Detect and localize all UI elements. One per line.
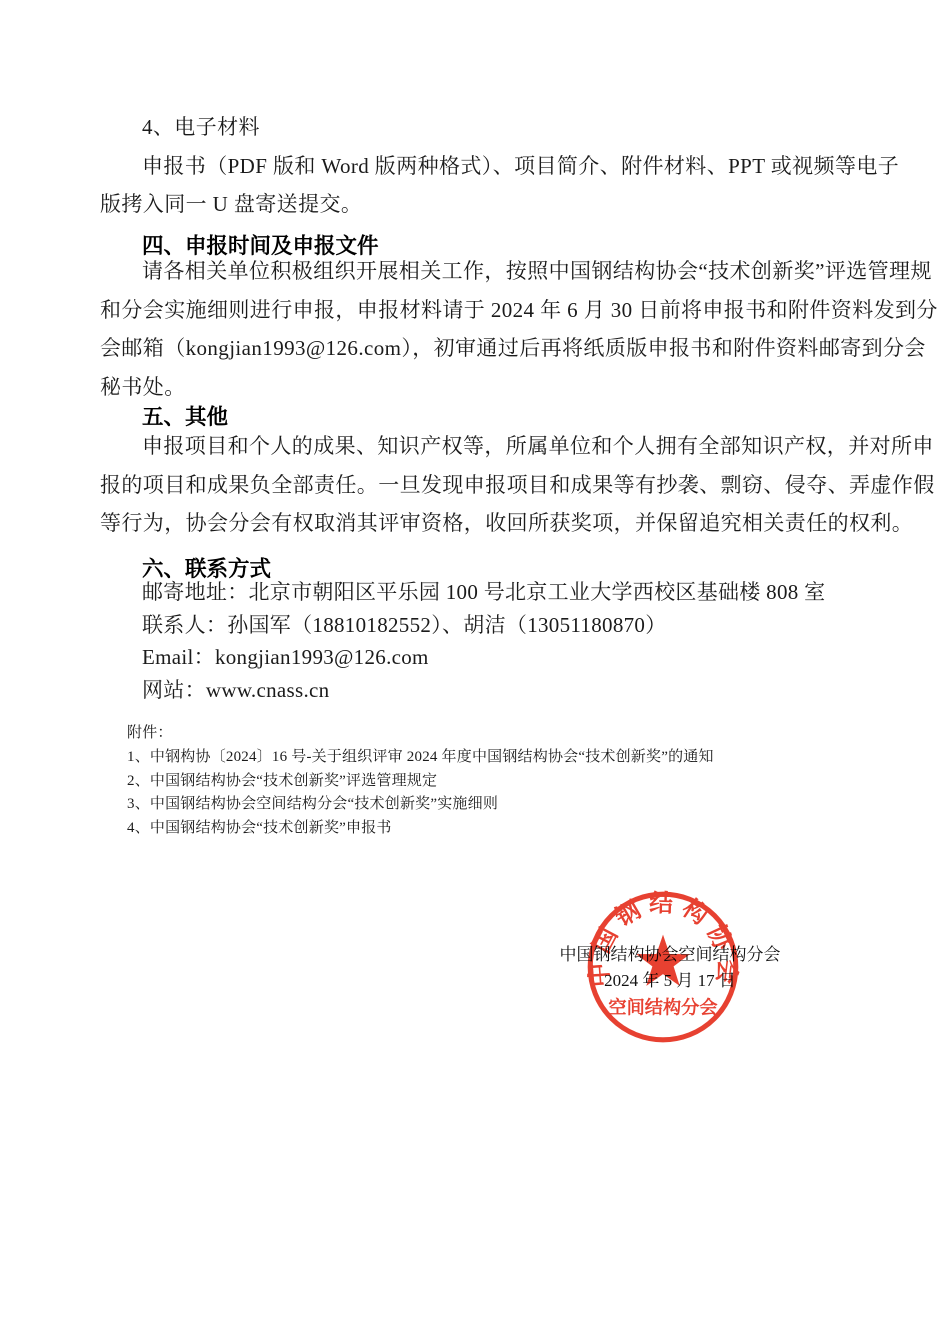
item4-line-1: 申报书（PDF 版和 Word 版两种格式）、项目简介、附件材料、PPT 或视频… <box>100 147 848 186</box>
item4-title: 4、电子材料 <box>100 108 848 147</box>
signature-org: 中国钢结构协会空间结构分会 <box>545 942 795 968</box>
attachments-label: 附件： <box>127 722 714 746</box>
section5-paragraph: 申报项目和个人的成果、知识产权等，所属单位和个人拥有全部知识产权，并对所申 报的… <box>100 427 848 543</box>
section4-line-1: 请各相关单位积极组织开展相关工作，按照中国钢结构协会“技术创新奖”评选管理规 <box>100 252 848 291</box>
signature-date: 2024 年 5 月 17 日 <box>545 968 795 994</box>
attachment-item-3: 3、中国钢结构协会空间结构分会“技术创新奖”实施细则 <box>127 793 714 817</box>
item4-block: 4、电子材料 申报书（PDF 版和 Word 版两种格式）、项目简介、附件材料、… <box>100 108 848 224</box>
section4-line-3: 会邮箱（kongjian1993@126.com），初审通过后再将纸质版申报书和… <box>100 329 848 368</box>
mailing-address: 邮寄地址：北京市朝阳区平乐园 100 号北京工业大学西校区基础楼 808 室 <box>142 576 825 609</box>
attachment-item-1: 1、中钢构协〔2024〕16 号-关于组织评审 2024 年度中国钢结构协会“技… <box>127 746 714 770</box>
section4-line-2: 和分会实施细则进行申报，申报材料请于 2024 年 6 月 30 日前将申报书和… <box>100 291 848 330</box>
contact-website: 网站：www.cnass.cn <box>142 674 825 707</box>
contact-email: Email：kongjian1993@126.com <box>142 641 825 674</box>
item4-line-2: 版拷入同一 U 盘寄送提交。 <box>100 185 848 224</box>
attachment-item-4: 4、中国钢结构协会“技术创新奖”申报书 <box>127 817 714 841</box>
section5-line-1: 申报项目和个人的成果、知识产权等，所属单位和个人拥有全部知识产权，并对所申 <box>100 427 848 466</box>
contact-persons: 联系人：孙国军（18810182552）、胡洁（13051180870） <box>142 609 825 642</box>
section5-line-2: 报的项目和成果负全部责任。一旦发现申报项目和成果等有抄袭、剽窃、侵夺、弄虚作假 <box>100 466 848 505</box>
document-page: 4、电子材料 申报书（PDF 版和 Word 版两种格式）、项目简介、附件材料、… <box>0 0 945 1337</box>
seal-bottom-text: 空间结构分会 <box>608 997 717 1018</box>
section4-paragraph: 请各相关单位积极组织开展相关工作，按照中国钢结构协会“技术创新奖”评选管理规 和… <box>100 252 848 407</box>
section5-line-3: 等行为，协会分会有权取消其评审资格，收回所获奖项，并保留追究相关责任的权利。 <box>100 504 848 543</box>
contact-block: 邮寄地址：北京市朝阳区平乐园 100 号北京工业大学西校区基础楼 808 室 联… <box>142 576 825 707</box>
signature-block: 中国钢结构协会空间结构分会 2024 年 5 月 17 日 <box>545 942 795 994</box>
attachment-item-2: 2、中国钢结构协会“技术创新奖”评选管理规定 <box>127 770 714 794</box>
attachments-block: 附件： 1、中钢构协〔2024〕16 号-关于组织评审 2024 年度中国钢结构… <box>127 722 714 841</box>
